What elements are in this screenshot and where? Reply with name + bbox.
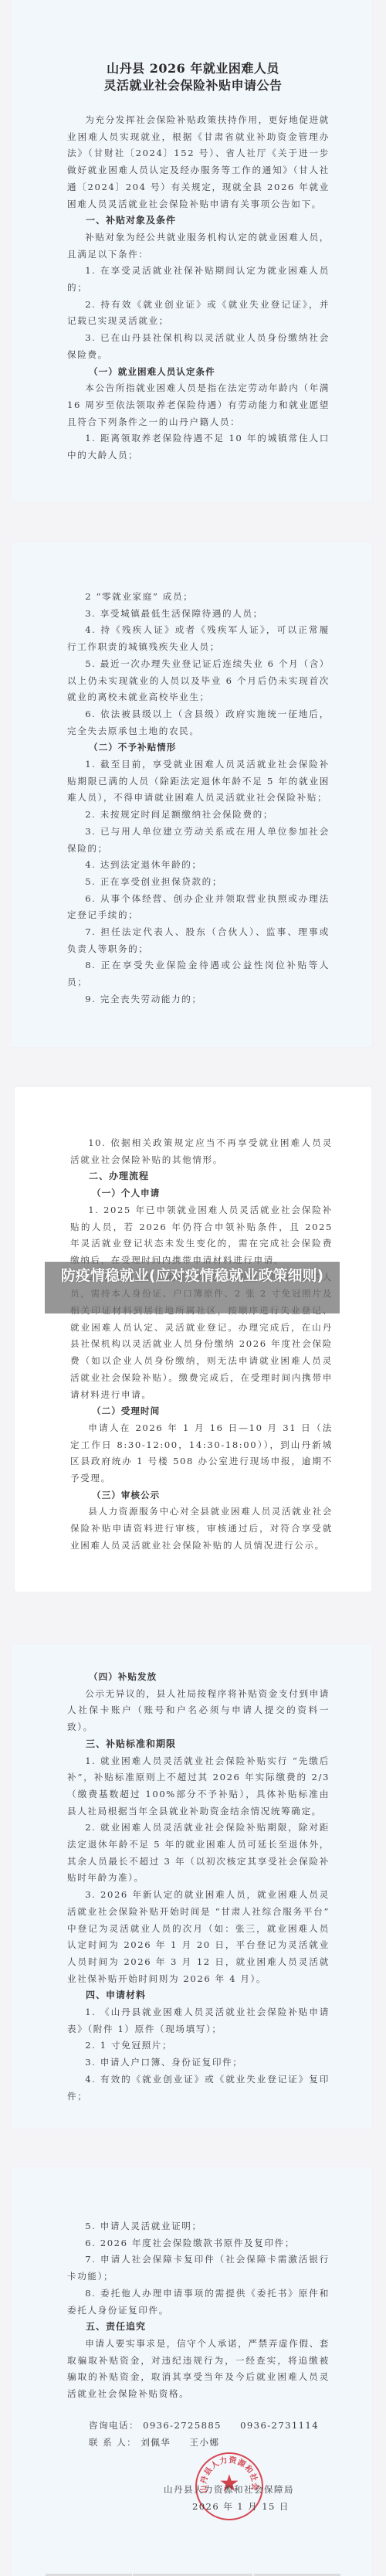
material-item: 1. 《山丹县就业困难人员灵活就业社会保险补贴申请表》（附件 1）原件（现场填写… [67,2004,330,2037]
standard-item: 2. 就业困难人员灵活就业社会保险补贴期限，除对距法定退休年龄不足 5 年的就业… [67,1820,330,1887]
contact-phone-line: 咨询电话： 0936-2725885 0936-2731114 [67,2417,330,2434]
section3-heading: 三、补贴标准和期限 [67,1736,330,1753]
criteria-item: 6. 依法被县级以上（含县级）政府实施统一征地后，完全失去原承包土地的农民。 [67,706,330,739]
document-page-5: 5. 申请人灵活就业证明； 6. 2026 年度社会保险缴款书原件及复印件； 7… [12,2167,372,2576]
section2-heading: 二、办理流程 [70,1168,333,1185]
contact-person-2: 王小娜 [189,2437,219,2448]
material-item: 3. 申请人户口簿、身份证复印件； [67,2054,330,2071]
criteria-item: 4. 持《残疾人证》或者《残疾军人证》，可以正常履行工作职责的城镇残疾失业人员； [67,622,330,655]
document-page-4: （四）补贴发放 公示无异议的，县人社局按程序将补贴资金支付到申请人社保卡账户（账… [12,1644,372,2129]
exclusion-item: 1. 截至目前，享受就业困难人员灵活就业社会保险补贴期限已满的人员（除距法定退休… [67,756,330,807]
payment-text: 公示无异议的，县人社局按程序将补贴资金支付到申请人社保卡账户（账号和户名必须与申… [67,1686,330,1736]
subsection-heading: （一）个人申请 [70,1185,333,1202]
exclusion-item: 7. 担任法定代表人、股东（合伙人）、监事、理事或负责人等职务的； [67,924,330,957]
exclusion-item: 6. 从事个体经营、创办企业并领取营业执照或办理法定登记手续的； [67,891,330,924]
exclusion-item: 2. 未按规定时间足额缴纳社会保险费的； [67,807,330,824]
contact-phone-2: 0936-2731114 [240,2420,319,2431]
document-page-1: 山丹县 2026 年就业困难人员 灵活就业社会保险补贴申请公告 为充分发挥社会保… [12,0,372,502]
material-item: 6. 2026 年度社会保险缴款书原件及复印件； [67,2235,330,2252]
section4-heading: 四、申请材料 [67,1987,330,2004]
document-title-line2: 灵活就业社会保险补贴申请公告 [58,77,328,94]
intro-paragraph: 为充分发挥社会保险补贴政策扶持作用，更好地促进就业困难人员实现就业，根据《甘肃省… [67,112,330,212]
procedure-item: 1. 2025 年已申领就业困难人员灵活就业社会保险补贴的人员，若 2026 年… [70,1202,333,1269]
contact-phone-1: 0936-2725885 [143,2420,222,2431]
condition-item: 3. 已在山丹县社保机构以灵活就业人员身份缴纳社会保险费。 [67,330,330,363]
criteria-item: 1. 距离领取养老保险待遇不足 10 年的城镇常住人口中的大龄人员； [67,430,330,464]
signature-organization: 山丹县人力资源和社会保障局 [164,2483,294,2496]
exclusion-item: 8. 正在享受失业保险金待遇或公益性岗位补贴等人员； [67,957,330,991]
contact-person-line: 联 系 人： 刘佩华 王小娜 [67,2434,330,2451]
section1-intro: 补贴对象为经公共就业服务机构认定的就业困难人员，且满足以下条件： [67,229,330,263]
review-text: 县人力资源服务中心对全县就业困难人员灵活就业社会保险补贴申请资料进行审核，审核通… [70,1504,333,1554]
liability-text: 申请人要实事求是，信守个人承诺，严禁弄虚作假、套取骗取补贴资金，对违纪违规行为，… [67,2336,330,2403]
exclusion-item: 9. 完全丧失劳动能力的； [67,991,330,1008]
material-item: 7. 申请人社会保障卡复印件（社会保障卡需激活银行卡功能）； [67,2251,330,2285]
exclusion-item: 10. 依据相关政策规定应当不再享受就业困难人员灵活就业社会保险补贴的其他情形。 [70,1135,333,1168]
subsection-intro: 本公告所指就业困难人员是指在法定劳动年龄内（年满 16 周岁至依法领取养老保险待… [67,380,330,430]
criteria-item: 5. 最近一次办理失业登记证后连续失业 6 个月（含）以上仍未实现就业的人员以及… [67,656,330,706]
condition-item: 1. 在享受灵活就业社保补贴期间认定为就业困难人员的； [67,263,330,296]
subsection-heading: （四）补贴发放 [67,1669,330,1686]
exclusion-item: 3. 已与用人单位建立劳动关系或在用人单位参加社会保险的； [67,824,330,857]
exclusion-item: 4. 达到法定退休年龄的； [67,857,330,874]
document-page-3: 10. 依据相关政策规定应当不再享受就业困难人员灵活就业社会保险补贴的其他情形。… [15,1087,371,1592]
condition-item: 2. 持有效《就业创业证》或《就业失业登记证》，并记载已实现灵活就业； [67,297,330,330]
material-item: 5. 申请人灵活就业证明； [67,2218,330,2235]
subsection-heading: （二）不予补贴情形 [67,739,330,756]
standard-item: 1. 就业困难人员灵活就业社会保险补贴实行 “先缴后补”，补贴标准原则上不超过其… [67,1753,330,1820]
document-title-line1: 山丹县 2026 年就业困难人员 [58,60,328,77]
acceptance-time-text: 申请人在 2026 年 1 月 16 日—10 月 31 日（法定工作日 8:3… [70,1420,333,1487]
contact-person-label: 联 系 人： [89,2437,137,2448]
section5-heading: 五、责任追究 [67,2319,330,2336]
contact-phone-label: 咨询电话： [89,2420,139,2431]
document-page-2: 2 “零就业家庭” 成员； 3. 享受城镇最低生活保障待遇的人员； 4. 持《残… [12,542,372,1047]
standard-item: 3. 2026 年新认定的就业困难人员，就业困难人员灵活就业社会保险补贴开始时间… [67,1887,330,1987]
material-item: 2. 1 寸免冠照片； [67,2037,330,2054]
material-item: 4. 有效的《就业创业证》或《就业失业登记证》复印件； [67,2071,330,2105]
contact-person-1: 刘佩华 [141,2437,171,2448]
overlay-title-banner: 防疫情稳就业(应对疫情稳就业政策细则) [45,1262,340,1313]
signature-date: 2026 年 1 月 15 日 [192,2500,289,2513]
subsection-heading: （二）受理时间 [70,1403,333,1420]
criteria-item: 2 “零就业家庭” 成员； [67,589,330,606]
material-item: 8. 委托他人办理申请事项的需提供《委托书》原件和委托人身份证复印件。 [67,2285,330,2319]
exclusion-item: 5. 正在享受创业担保贷款的； [67,874,330,891]
subsection-heading: （三）审核公示 [70,1487,333,1504]
section1-heading: 一、补贴对象及条件 [67,212,330,229]
criteria-item: 3. 享受城镇最低生活保障待遇的人员； [67,606,330,623]
subsection-heading: （一）就业困难人员认定条件 [67,364,330,381]
